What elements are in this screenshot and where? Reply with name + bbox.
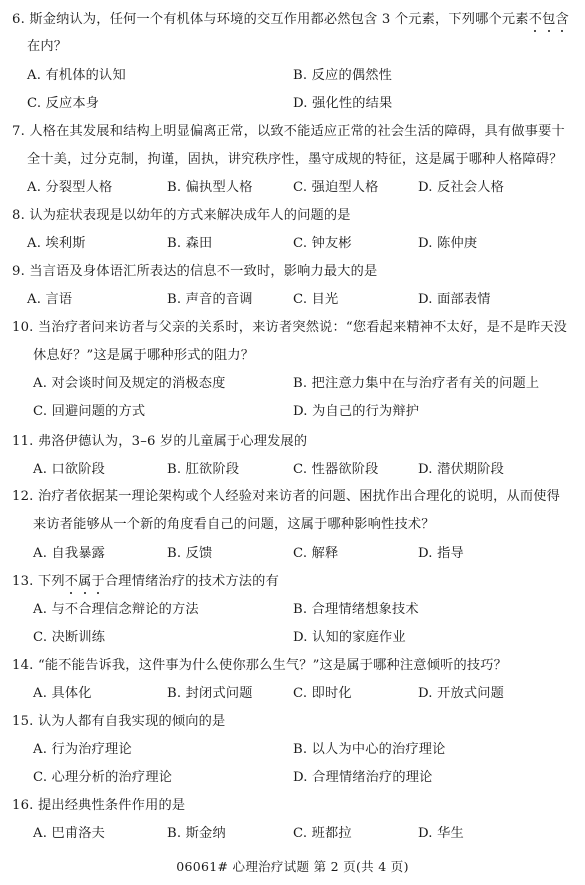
q7-option-a: A. 分裂型人格 — [27, 180, 112, 196]
q16-option-a: A. 巴甫洛夫 — [33, 826, 105, 842]
q9-option-a: A. 言语 — [27, 292, 72, 308]
q15-option-d: D. 合理情绪治疗的理论 — [293, 770, 433, 786]
q6-option-a: A. 有机体的认知 — [27, 68, 126, 84]
q7-option-c: C. 强迫型人格 — [293, 180, 379, 196]
q9-option-c: C. 目光 — [293, 292, 338, 308]
q13-option-a: A. 与不合理信念辩论的方法 — [33, 602, 199, 618]
q11-option-b: B. 肛欲阶段 — [167, 462, 239, 478]
emphasis-char: 不 — [65, 574, 78, 590]
q15-option-b: B. 以人为中心的治疗理论 — [293, 742, 446, 758]
q16-option-d: D. 华生 — [418, 826, 464, 842]
q10-option-b: B. 把注意力集中在与治疗者有关的问题上 — [293, 376, 539, 392]
question-13-stem: 13. 下列不属于合理情绪治疗的技术方法的有 — [12, 574, 279, 590]
question-14-stem: 14. “能不能告诉我，这件事为什么使你那么生气？”这是属于哪种注意倾听的技巧？ — [12, 658, 507, 674]
q15-option-a: A. 行为治疗理论 — [33, 742, 132, 758]
question-13-suffix: 合理情绪治疗的技术方法的有 — [105, 574, 279, 589]
q13-option-d: D. 认知的家庭作业 — [293, 630, 406, 646]
q14-option-c: C. 即时化 — [293, 686, 352, 702]
q6-option-c: C. 反应本身 — [27, 96, 99, 112]
q12-option-a: A. 自我暴露 — [33, 546, 105, 562]
q13-option-b: B. 合理情绪想象技术 — [293, 602, 419, 618]
q10-option-d: D. 为自己的行为辩护 — [293, 404, 419, 420]
q7-option-b: B. 偏执型人格 — [167, 180, 253, 196]
question-6-text: 6. 斯金纳认为，任何一个有机体与环境的交互作用都必然包含 3 个元素，下列哪个… — [12, 12, 529, 27]
q9-option-b: B. 声音的音调 — [167, 292, 253, 308]
q10-option-c: C. 回避问题的方式 — [33, 404, 145, 420]
question-8-stem: 8. 认为症状表现是以幼年的方式来解决成年人的问题的是 — [12, 208, 351, 224]
q16-option-c: C. 班都拉 — [293, 826, 352, 842]
emphasis-char: 于 — [92, 574, 105, 590]
question-7-stem-cont: 全十美，过分克制，拘谨，固执，讲究秩序性，墨守成规的特征，这是属于哪种人格障碍？ — [27, 152, 563, 168]
question-10-stem: 10. 当治疗者问来访者与父亲的关系时，来访者突然说：“您看起来精神不太好，是不… — [12, 320, 567, 336]
question-11-stem: 11. 弗洛伊德认为，3–6 岁的儿童属于心理发展的 — [12, 434, 307, 450]
emphasis-char: 包 — [542, 12, 555, 28]
q8-option-c: C. 钟友彬 — [293, 236, 352, 252]
question-6-stem-cont: 在内？ — [27, 39, 67, 55]
question-12-stem-cont: 来访者能够从一个新的角度看自己的问题，这属于哪种影响性技术？ — [33, 517, 435, 533]
question-13-prefix: 13. 下列 — [12, 574, 65, 589]
q8-option-d: D. 陈仲庚 — [418, 236, 477, 252]
question-9-stem: 9. 当言语及身体语汇所表达的信息不一致时，影响力最大的是 — [12, 264, 377, 280]
q14-option-d: D. 开放式问题 — [418, 686, 504, 702]
emphasis-char: 含 — [555, 12, 568, 28]
q7-option-d: D. 反社会人格 — [418, 180, 504, 196]
q11-option-a: A. 口欲阶段 — [33, 462, 105, 478]
q12-option-d: D. 指导 — [418, 546, 464, 562]
page-footer: 06061# 心理治疗试题 第 2 页(共 4 页) — [0, 857, 585, 875]
question-6-stem: 6. 斯金纳认为，任何一个有机体与环境的交互作用都必然包含 3 个元素，下列哪个… — [12, 12, 569, 28]
q13-option-c: C. 决断训练 — [33, 630, 105, 646]
q12-option-b: B. 反馈 — [167, 546, 212, 562]
q11-option-d: D. 潜伏期阶段 — [418, 462, 504, 478]
q9-option-d: D. 面部表情 — [418, 292, 491, 308]
emphasis-char: 属 — [78, 574, 91, 590]
q12-option-c: C. 解释 — [293, 546, 338, 562]
emphasis-char: 不 — [529, 12, 542, 28]
q14-option-b: B. 封闭式问题 — [167, 686, 253, 702]
q8-option-a: A. 埃利斯 — [27, 236, 86, 252]
question-7-stem: 7. 人格在其发展和结构上明显偏离正常，以致不能适应正常的社会生活的障碍，具有做… — [12, 124, 565, 140]
q14-option-a: A. 具体化 — [33, 686, 92, 702]
question-15-stem: 15. 认为人都有自我实现的倾向的是 — [12, 714, 225, 730]
question-10-stem-cont: 休息好？”这是属于哪种形式的阻力？ — [33, 348, 254, 364]
q8-option-b: B. 森田 — [167, 236, 212, 252]
q6-option-b: B. 反应的偶然性 — [293, 68, 392, 84]
q16-option-b: B. 斯金纳 — [167, 826, 226, 842]
q15-option-c: C. 心理分析的治疗理论 — [33, 770, 172, 786]
question-12-stem: 12. 治疗者依据某一理论架构或个人经验对来访者的问题、困扰作出合理化的说明，从… — [12, 489, 560, 505]
q10-option-a: A. 对会谈时间及规定的消极态度 — [33, 376, 226, 392]
q11-option-c: C. 性器欲阶段 — [293, 462, 379, 478]
question-16-stem: 16. 提出经典性条件作用的是 — [12, 798, 185, 814]
q6-option-d: D. 强化性的结果 — [293, 96, 392, 112]
